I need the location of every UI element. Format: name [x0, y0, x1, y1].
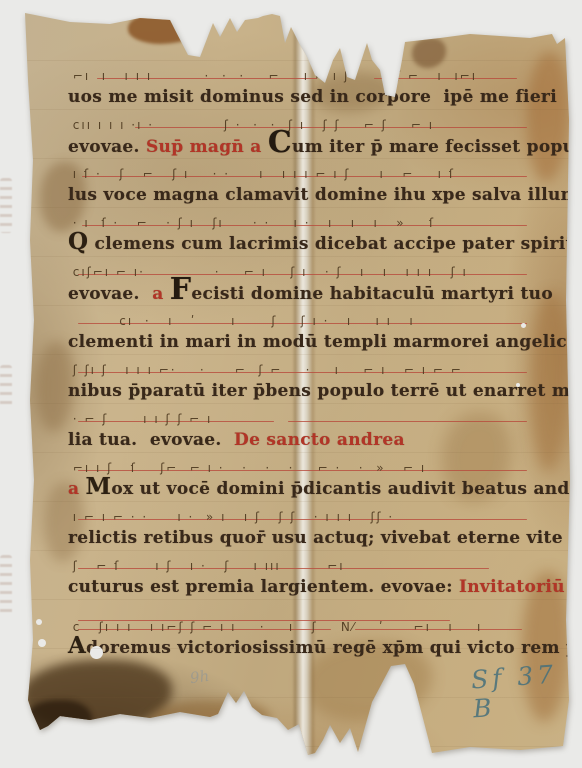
adjacent-leaf-mark — [0, 178, 12, 233]
neume-row: ⌐ı ı ʃ ſ ʃ⌐ ⌐ ı · · · · ⌐ · · » ⌐ ı — [68, 454, 546, 476]
rubric-text: Sup̄ magn̄ — [146, 137, 250, 157]
rubric-text: a — [250, 137, 268, 157]
parchment-hole — [90, 646, 103, 659]
chant-text: lus voce magna clamavit domine ihu xpe s… — [68, 185, 579, 205]
neume-glyphs: · ⌐ ʃ ı ı ʃ ʃ ⌐ ı — [73, 412, 213, 426]
chant-text: evovae. — [68, 137, 146, 157]
shelfmark-label: Sf 37 B — [470, 659, 574, 724]
neume-glyphs: ʃ ʃı ʃ ı ı ı ⌐· · ⌐ ʃ ⌐ · ı ⌐ ı ⌐ ı ⌐ ⌐ — [73, 363, 463, 377]
neume-glyphs: ϲıʃ⌐ı ⌐ ı· · ⌐ ı ʃ ı · ʃ ı ı ı ı ı ʃ ı — [73, 265, 468, 279]
parchment-leaf: ⌐ı ı ı ı ı · · · ⌐ ı ⌐ ı ʃ ıʃ ⌐ ı ı⌐ıuos… — [22, 12, 572, 756]
parchment-hole — [521, 323, 526, 328]
parchment-hole — [38, 639, 46, 647]
initial-letter: Q — [68, 228, 88, 255]
pencil-note: 9h — [189, 667, 211, 687]
neume-glyphs: ⌐ı ı ı ı ı · · · ⌐ ı ⌐ ı ʃ ıʃ ⌐ ı ı⌐ı — [73, 69, 477, 83]
neume-glyphs: ⌐ı ı ʃ ſ ʃ⌐ ⌐ ı · · · · ⌐ · · » ⌐ ı — [73, 461, 426, 475]
adjacent-leaf-mark — [0, 555, 12, 615]
photo-canvas: ⌐ı ı ı ı ı · · · ⌐ ı ⌐ ı ʃ ıʃ ⌐ ı ı⌐ıuos… — [0, 0, 582, 768]
neume-glyphs: ʃ ⌐ ſ ı ʃ ı · ʃ ı ııı ⌐ı — [73, 559, 345, 573]
chant-text-line: cuturus est premia largientem. evovae: I… — [68, 574, 546, 601]
staff-line — [288, 421, 527, 423]
chant-text: cuturus est premia largientem. evovae: — [68, 577, 459, 597]
parchment-hole — [516, 383, 520, 387]
rubric-text: De sancto andrea — [234, 430, 405, 450]
chant-text-line: a Mox ut vocē domini p̄dicantis audivit … — [68, 476, 546, 503]
chant-text-line: clementi in mari in modū templi marmorei… — [68, 329, 546, 356]
chant-text: nibus p̄paratū iter p̄bens populo terrē … — [68, 381, 582, 401]
neume-glyphs: ı ⌐ ı ⌐ · · ı · » ı ı ʃ ʃ ʃ · ı ı ı ʃʃ · — [73, 510, 394, 524]
neume-row: ϲıı ı ı ı ·ı · ʃ · · · ʃ ı ʃ ʃ ⌐ ʃ ⌐ ı — [68, 111, 546, 133]
chant-text: ecisti domine habitaculū martyri tuo — [191, 284, 553, 304]
parchment-hole — [36, 619, 42, 625]
chant-text: uos me misit dominus sed in corpore ipē … — [68, 87, 557, 107]
chant-text-line: lus voce magna clamavit domine ihu xpe s… — [68, 182, 546, 209]
chant-text: relictis retibus quor̄ usu actuq; viveba… — [68, 528, 582, 548]
chant-text-line: relictis retibus quor̄ usu actuq; viveba… — [68, 525, 546, 552]
manuscript-text-block: ⌐ı ı ı ı ı · · · ⌐ ı ⌐ ı ʃ ıʃ ⌐ ı ı⌐ıuos… — [68, 62, 546, 662]
chant-text-line: Q clemens cum lacrimis dicebat accipe pa… — [68, 231, 546, 258]
neume-glyphs: ϲı · ı ʹ ı ʃ ʃ ı · ı ı ı ı — [73, 314, 415, 328]
neume-row: ʃ ʃı ʃ ı ı ı ⌐· · ⌐ ʃ ⌐ · ı ⌐ ı ⌐ ı ⌐ ⌐ — [68, 356, 546, 378]
chant-text: lia tua. evovae. — [68, 430, 234, 450]
neume-glyphs: ϲıı ı ı ı ·ı · ʃ · · · ʃ ı ʃ ʃ ⌐ ʃ ⌐ ı — [73, 118, 434, 132]
neume-row: ʃ ⌐ ſ ı ʃ ı · ʃ ı ııı ⌐ı — [68, 552, 546, 574]
neume-glyphs: · ı ſ · ⌐ · ʃ ı ʃı · · ı · ı ı ı » ſ — [73, 216, 435, 230]
initial-letter: M — [86, 473, 112, 500]
chant-text-line: lia tua. evovae. De sancto andrea — [68, 427, 546, 454]
neume-row: ϲ ʃı ı ı ı ı⌐ʃ ʃ ⌐ ı ı · ı ʃ N⁄ ʹ ⌐ı ı ı — [68, 601, 546, 635]
chant-text: evovae. — [68, 284, 152, 304]
chant-text-line: evovae. a Fecisti domine habitaculū mart… — [68, 280, 546, 307]
initial-letter: C — [268, 125, 292, 160]
chant-text-line: uos me misit dominus sed in corpore ipē … — [68, 84, 546, 111]
rubric-text: a — [68, 479, 86, 499]
chant-text-line: evovae. Sup̄ magn̄ a Cum iter p̄ mare fe… — [68, 133, 546, 160]
manuscript-fragment: ⌐ı ı ı ı ı · · · ⌐ ı ⌐ ı ʃ ıʃ ⌐ ı ı⌐ıuos… — [22, 12, 572, 756]
initial-letter: F — [170, 272, 192, 307]
neume-row: · ⌐ ʃ ı ı ʃ ʃ ⌐ ı — [68, 405, 546, 427]
rubric-text: Invitatoriū — [459, 577, 565, 597]
stain — [128, 12, 200, 44]
stain — [150, 700, 270, 744]
adjacent-leaf-edge — [0, 150, 14, 620]
chant-text: clementi in mari in modū templi marmorei… — [68, 332, 582, 352]
adjacent-leaf-mark — [0, 365, 12, 410]
neume-row: ϲıʃ⌐ı ⌐ ı· · ⌐ ı ʃ ı · ʃ ı ı ı ı ı ʃ ı — [68, 258, 546, 280]
neume-glyphs: ϲ ʃı ı ı ı ı⌐ʃ ʃ ⌐ ı ı · ı ʃ N⁄ ʹ ⌐ı ı ı — [73, 620, 483, 634]
neume-row: ı ſ · ʃ ⌐ ʃ ı · · ı ı ı ı ⌐ ı ʃ ı ⌐ ı ſ — [68, 160, 546, 182]
chant-text: um iter p̄ mare fecisset popu — [292, 137, 575, 157]
chant-text: clemens cum lacrimis dicebat accipe pate… — [88, 234, 582, 254]
neume-row: ⌐ı ı ı ı ı · · · ⌐ ı ⌐ ı ʃ ıʃ ⌐ ı ı⌐ı — [68, 62, 546, 84]
chant-text: ox ut vocē domini p̄dicantis audivit bea… — [111, 479, 582, 499]
neume-row: · ı ſ · ⌐ · ʃ ı ʃı · · ı · ı ı ı » ſ — [68, 209, 546, 231]
neume-row: ϲı · ı ʹ ı ʃ ʃ ı · ı ı ı ı — [68, 307, 546, 329]
chant-text-line: nibus p̄paratū iter p̄bens populo terrē … — [68, 378, 546, 405]
chant-text: doremus victoriosissimū regē xp̄m qui vi… — [86, 638, 582, 658]
initial-letter: A — [68, 632, 86, 659]
stain — [22, 660, 172, 730]
chant-text-line: Adoremus victoriosissimū regē xp̄m qui v… — [68, 635, 546, 662]
rubric-text: a — [152, 284, 170, 304]
neume-row: ı ⌐ ı ⌐ · · ı · » ı ı ʃ ʃ ʃ · ı ı ı ʃʃ · — [68, 503, 546, 525]
stain — [22, 700, 92, 746]
neume-glyphs: ı ſ · ʃ ⌐ ʃ ı · · ı ı ı ı ⌐ ı ʃ ı ⌐ ı ſ — [73, 167, 455, 181]
